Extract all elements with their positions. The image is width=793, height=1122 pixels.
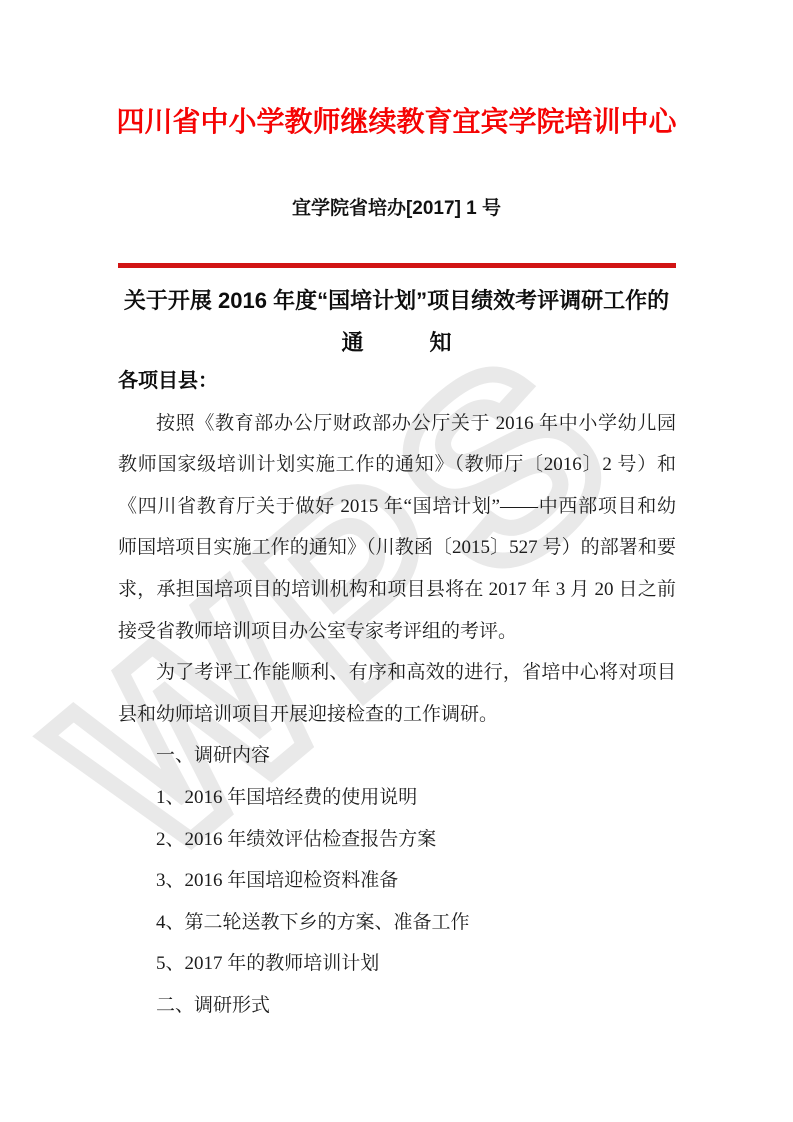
list-item-2: 2、2016 年绩效评估检查报告方案	[118, 819, 676, 861]
letterhead-org-title: 四川省中小学教师继续教育宜宾学院培训中心	[0, 100, 793, 140]
letterhead-divider-rule	[118, 263, 676, 268]
list-item-5: 5、2017 年的教师培训计划	[118, 943, 676, 985]
salutation: 各项目县：	[118, 361, 676, 403]
list-item-1: 1、2016 年国培经费的使用说明	[118, 777, 676, 819]
section2-heading: 二、调研形式	[118, 985, 676, 1027]
paragraph-purpose: 为了考评工作能顺利、有序和高效的进行，省培中心将对项目县和幼师培训项目开展迎接检…	[118, 652, 676, 735]
paragraph-basis: 按照《教育部办公厅财政部办公厅关于 2016 年中小学幼儿园教师国家级培训计划实…	[118, 403, 676, 653]
document-title: 关于开展 2016 年度“国培计划”项目绩效考评调研工作的 通 知	[100, 280, 693, 364]
document-body: 各项目县： 按照《教育部办公厅财政部办公厅关于 2016 年中小学幼儿园教师国家…	[118, 361, 676, 1027]
list-item-3: 3、2016 年国培迎检资料准备	[118, 860, 676, 902]
section1-heading: 一、调研内容	[118, 735, 676, 777]
document-title-line1: 关于开展 2016 年度“国培计划”项目绩效考评调研工作的	[100, 280, 693, 322]
list-item-4: 4、第二轮送教下乡的方案、准备工作	[118, 902, 676, 944]
document-page: WPS 四川省中小学教师继续教育宜宾学院培训中心 宜学院省培办[2017] 1 …	[0, 0, 793, 1122]
document-title-line2: 通 知	[100, 322, 693, 364]
document-number: 宜学院省培办[2017] 1 号	[0, 193, 793, 220]
